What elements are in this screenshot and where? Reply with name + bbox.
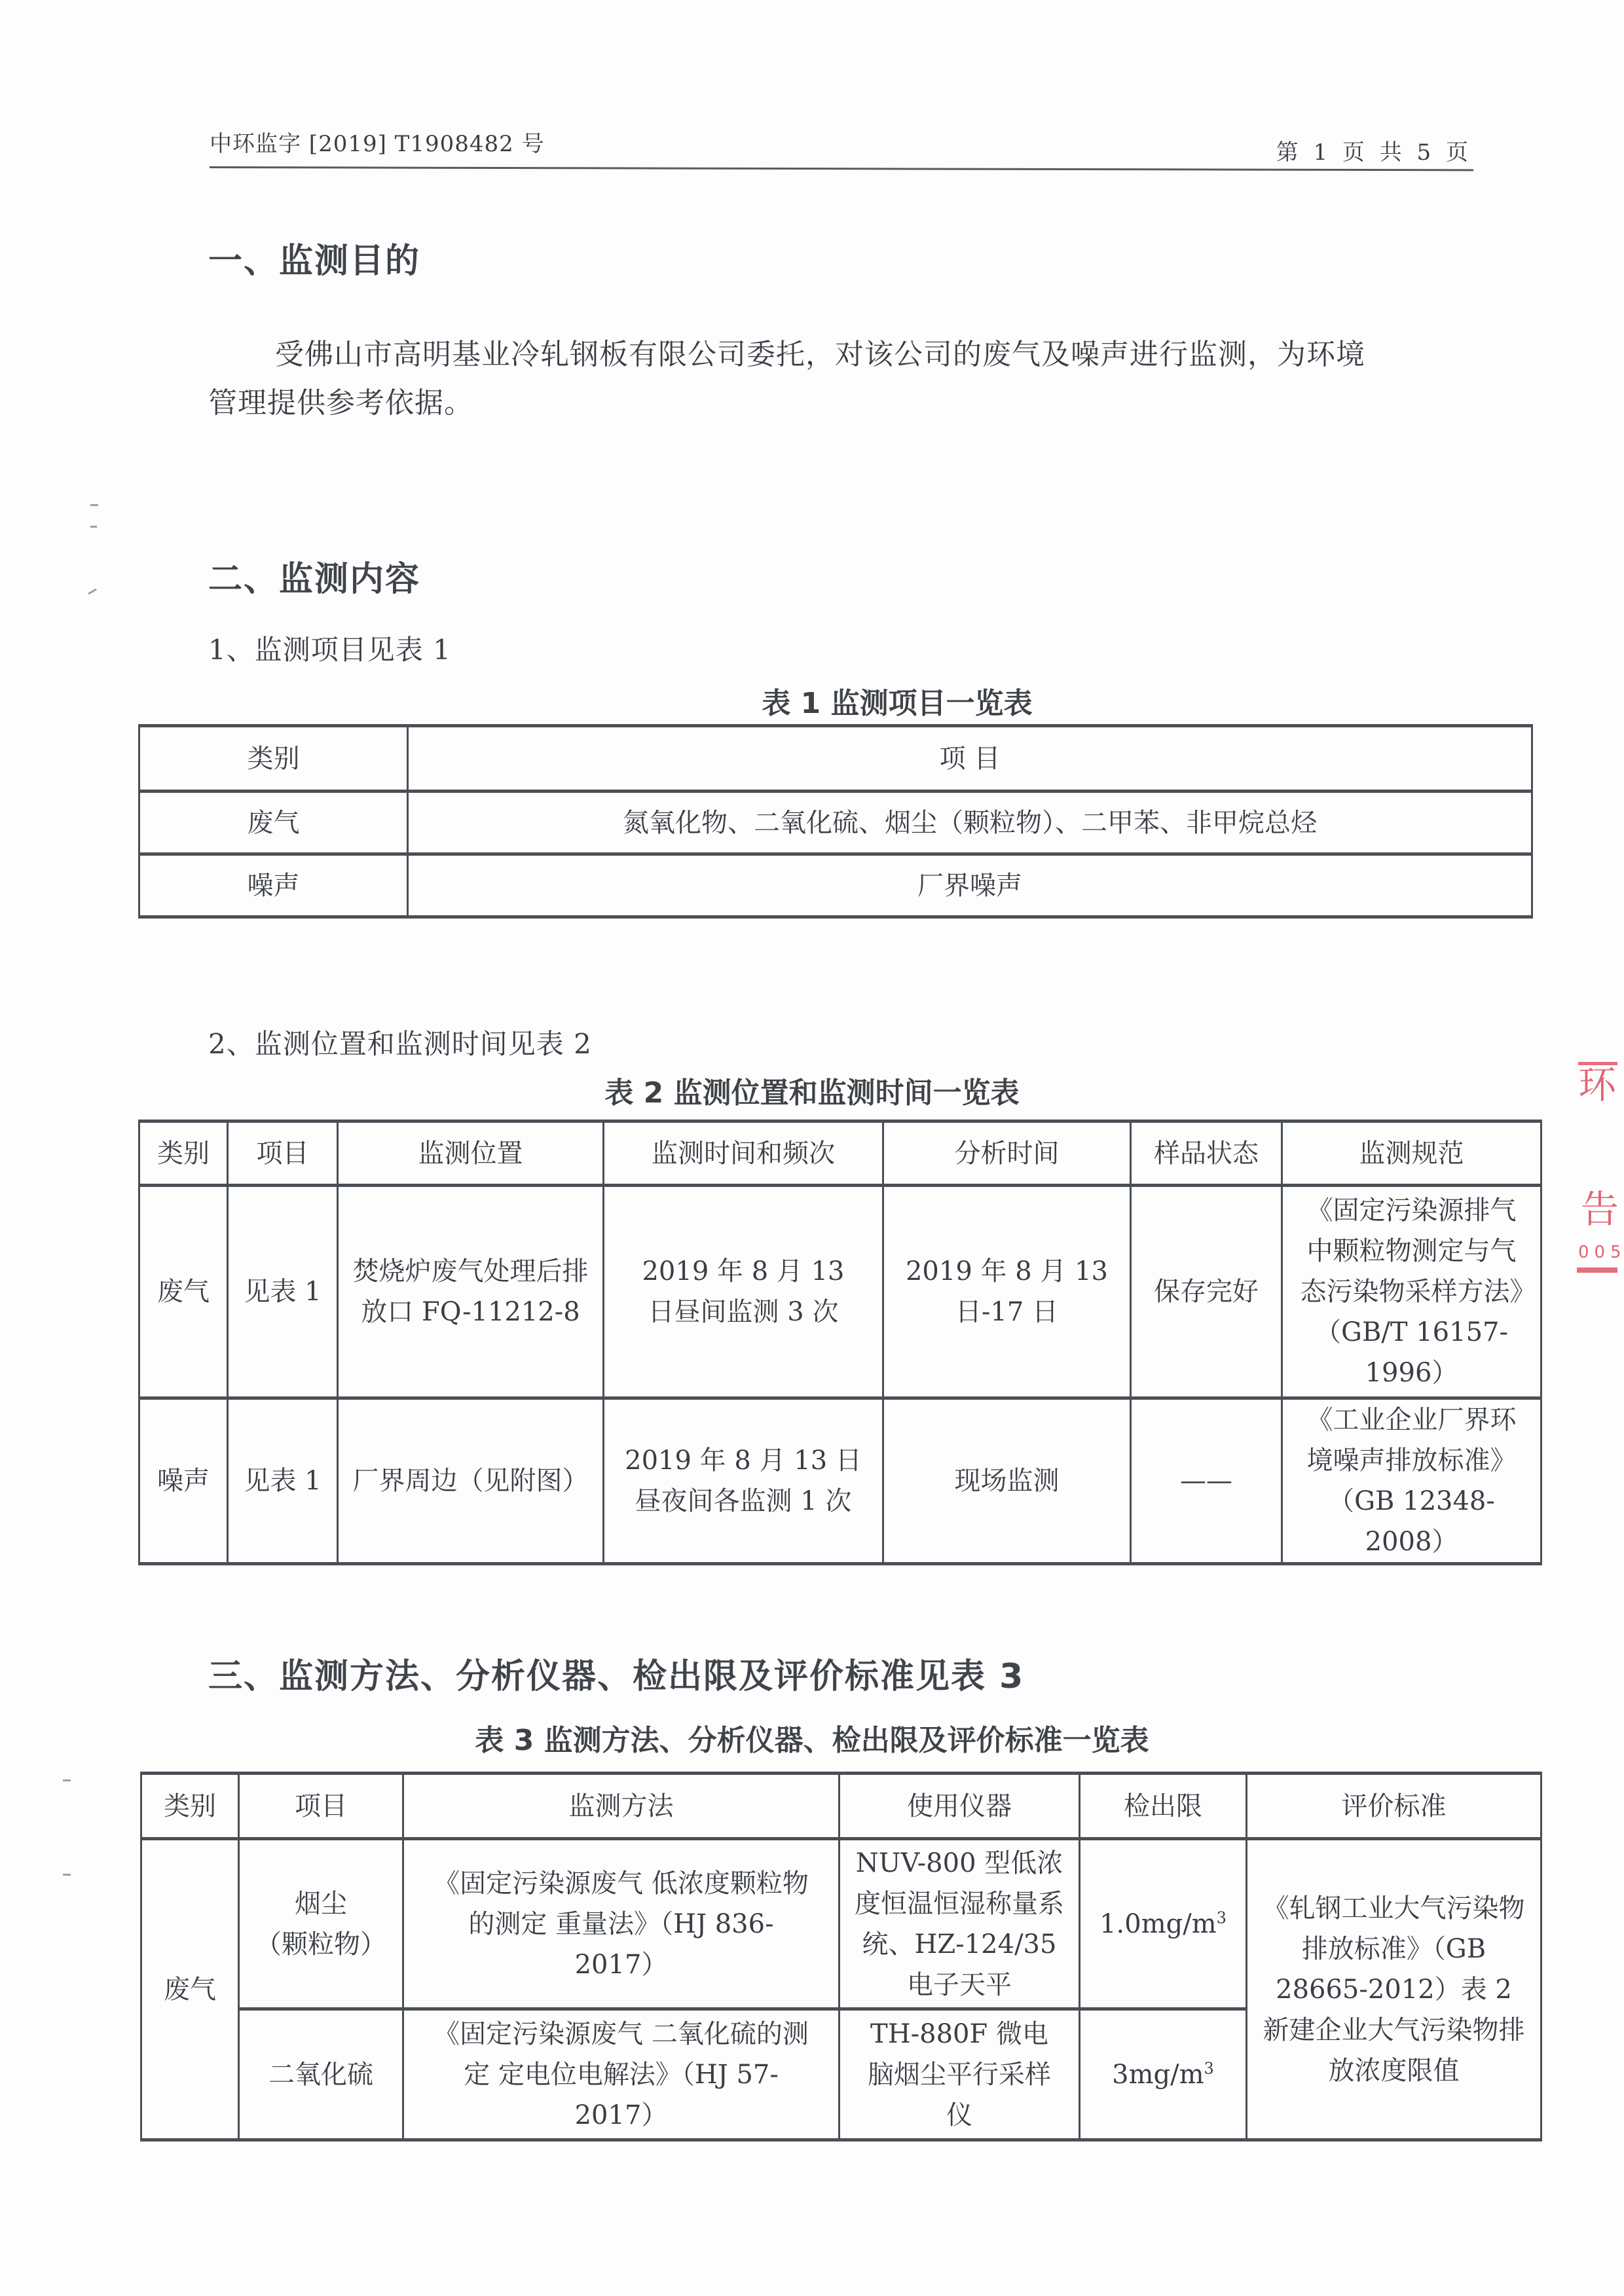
table-row: 废气 烟尘 （颗粒物） 《固定污染源废气 低浓度颗粒物的测定 重量法》（HJ 8… [141, 1839, 1541, 2009]
section1-paragraph-line2: 管理提供参考依据。 [208, 374, 473, 432]
table2-cell-sample-state: —— [1131, 1398, 1282, 1564]
section3-title: 三、监测方法、分析仪器、检出限及评价标准见表 3 [208, 1649, 1024, 1698]
document-number: 中环监字 [2019] T1908482 号 [210, 126, 545, 158]
detection-limit-exponent: 3 [1204, 2059, 1214, 2077]
table2-cell-location: 厂界周边（见附图） [338, 1398, 604, 1564]
table-row: 废气 见表 1 焚烧炉废气处理后排放口 FQ-11212-8 2019 年 8 … [139, 1186, 1541, 1398]
scan-mark [63, 1779, 71, 1781]
table3-cell-instrument: NUV-800 型低浓度恒温恒湿称量系统、HZ-124/35 电子天平 [840, 1839, 1080, 2009]
table-row: 噪声 见表 1 厂界周边（见附图） 2019 年 8 月 13 日昼夜间各监测 … [139, 1398, 1541, 1564]
table3-cell-evaluation-standard: 《轧钢工业大气污染物排放标准》（GB 28665-2012）表 2 新建企业大气… [1247, 1839, 1541, 2140]
table3-cell-detection-limit: 1.0mg/m3 [1080, 1839, 1247, 2009]
table2-cell-location: 焚烧炉废气处理后排放口 FQ-11212-8 [338, 1186, 604, 1398]
table2-header-item: 项目 [228, 1121, 338, 1186]
table-row: 废气 氮氧化物、二氧化硫、烟尘（颗粒物）、二甲苯、非甲烷总烃 [139, 792, 1532, 854]
table-row: 噪声 厂界噪声 [139, 854, 1532, 917]
section2-item2: 2、监测位置和监测时间见表 2 [208, 1023, 592, 1062]
table3-item-name: 烟尘 [246, 1884, 396, 1924]
table2-cell-standard: 《工业企业厂界环境噪声排放标准》（GB 12348-2008） [1282, 1398, 1541, 1564]
table3-cell-instrument: TH-880F 微电脑烟尘平行采样仪 [840, 2009, 1080, 2140]
table2-cell-analysis-time: 现场监测 [883, 1398, 1131, 1564]
table3-header-item: 项目 [239, 1774, 403, 1839]
section2-item1: 1、监测项目见表 1 [208, 629, 451, 668]
table3-header-category: 类别 [141, 1774, 239, 1839]
table3-header-evaluation-standard: 评价标准 [1247, 1774, 1541, 1839]
table2-cell-analysis-time: 2019 年 8 月 13 日-17 日 [883, 1186, 1131, 1398]
page-indicator: 第 1 页 共 5 页 [1276, 134, 1472, 166]
detection-limit-exponent: 3 [1217, 1908, 1227, 1927]
scan-mark [90, 526, 97, 528]
table1-monitoring-items: 类别 项 目 废气 氮氧化物、二氧化硫、烟尘（颗粒物）、二甲苯、非甲烷总烃 噪声… [138, 724, 1533, 919]
detection-limit-value: 3mg/m [1112, 2060, 1204, 2090]
table3-cell-method: 《固定污染源废气 二氧化硫的测定 定电位电解法》（HJ 57-2017） [403, 2009, 840, 2140]
section2-title: 二、监测内容 [208, 551, 420, 600]
table2-cell-category: 噪声 [139, 1398, 228, 1564]
table2-header-location: 监测位置 [338, 1121, 604, 1186]
table3-header-detection-limit: 检出限 [1080, 1774, 1247, 1839]
table2-caption: 表 2 监测位置和监测时间一览表 [0, 1069, 1624, 1111]
table2-cell-standard: 《固定污染源排气中颗粒物测定与气态污染物采样方法》（GB/T 16157-199… [1282, 1186, 1541, 1398]
table2-location-time: 类别 项目 监测位置 监测时间和频次 分析时间 样品状态 监测规范 废气 见表 … [138, 1120, 1542, 1565]
table3-cell-method: 《固定污染源废气 低浓度颗粒物的测定 重量法》（HJ 836-2017） [403, 1839, 840, 2009]
table1-cell-category: 废气 [139, 792, 408, 854]
table3-methods-instruments: 类别 项目 监测方法 使用仪器 检出限 评价标准 废气 烟尘 （颗粒物） 《固定… [140, 1772, 1542, 2141]
scan-mark [63, 1874, 71, 1876]
seal-stamp-border [1577, 1267, 1617, 1273]
table3-cell-item: 二氧化硫 [239, 2009, 403, 2140]
table1-cell-items: 氮氧化物、二氧化硫、烟尘（颗粒物）、二甲苯、非甲烷总烃 [408, 792, 1532, 854]
table2-cell-item: 见表 1 [228, 1398, 338, 1564]
table2-cell-item: 见表 1 [228, 1186, 338, 1398]
table1-caption: 表 1 监测项目一览表 [0, 680, 1624, 721]
table2-cell-category: 废气 [139, 1186, 228, 1398]
table1-header-category: 类别 [139, 726, 408, 792]
table3-item-note: （颗粒物） [246, 1924, 396, 1965]
table3-header-method: 监测方法 [403, 1774, 840, 1839]
table1-cell-category: 噪声 [139, 854, 408, 917]
seal-stamp-border [1578, 1062, 1617, 1065]
table3-caption: 表 3 监测方法、分析仪器、检出限及评价标准一览表 [0, 1717, 1624, 1758]
table2-header-time-freq: 监测时间和频次 [604, 1121, 883, 1186]
table2-cell-time-freq: 2019 年 8 月 13 日昼间监测 3 次 [604, 1186, 883, 1398]
table3-item-name: 二氧化硫 [246, 2054, 396, 2095]
table2-header-sample-state: 样品状态 [1131, 1121, 1282, 1186]
table3-header-instrument: 使用仪器 [840, 1774, 1080, 1839]
table2-header-category: 类别 [139, 1121, 228, 1186]
detection-limit-value: 1.0mg/m [1099, 1909, 1217, 1939]
seal-stamp-fragment-digits: 005 [1578, 1243, 1624, 1262]
scan-mark [88, 589, 97, 595]
header-divider [210, 166, 1473, 171]
table3-cell-detection-limit: 3mg/m3 [1080, 2009, 1247, 2140]
scan-mark [90, 504, 98, 506]
table3-cell-category: 废气 [141, 1839, 239, 2140]
table2-cell-time-freq: 2019 年 8 月 13 日昼夜间各监测 1 次 [604, 1398, 883, 1564]
table3-cell-item: 烟尘 （颗粒物） [239, 1839, 403, 2009]
table2-header-analysis-time: 分析时间 [883, 1121, 1131, 1186]
seal-stamp-fragment-mid: 告 [1581, 1178, 1619, 1233]
section1-title: 一、监测目的 [208, 233, 420, 282]
table1-cell-items: 厂界噪声 [408, 854, 1532, 917]
table1-header-items: 项 目 [408, 726, 1532, 792]
table2-cell-sample-state: 保存完好 [1131, 1186, 1282, 1398]
table2-header-standard: 监测规范 [1282, 1121, 1541, 1186]
